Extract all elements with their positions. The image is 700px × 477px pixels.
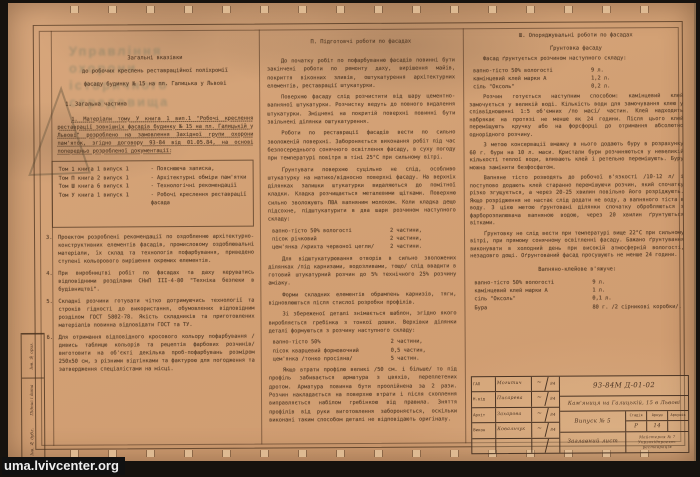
stage-value: 14 — [647, 421, 668, 431]
recipe-amount: 5 частин. — [391, 354, 457, 363]
recipe-ingredient: сіль "Оксоль" — [473, 83, 591, 92]
workshop-name: Майстерня № 7 Укрзахідпроект- реставраці… — [626, 432, 688, 452]
item-number: 3. — [46, 234, 58, 266]
archive-watermark: uma.lvivcenter.org — [2, 457, 125, 475]
document-title-line3: фасаду будинку № 15 на пл. Галицька у Ль… — [57, 78, 253, 92]
title-block: ГАП Могитич ~ 84 Н.від Писарева ~ 84 Арх… — [471, 375, 689, 454]
signature-row: Викон Ковальчук ~ 84 — [472, 423, 559, 439]
paragraph: Роботи по реставрації фасадів вести по с… — [267, 129, 455, 163]
stage-value-row: Р 14 — [626, 421, 688, 431]
signature-autograph: ~ — [530, 423, 549, 438]
stage-value: Р — [626, 421, 647, 431]
document-title-line1: Загальні вказівки — [57, 52, 253, 66]
signature-row: Н.від Писарева ~ 84 — [472, 392, 559, 408]
recipe-amount: 80 г. /2 сірникові коробки/. — [592, 303, 684, 312]
document-title-line2: до робочих креслень реставраційної поліх… — [57, 65, 253, 79]
recipe-list: вапно-тісто 50% 2 частини, пісок кварцев… — [273, 338, 457, 364]
recipe-list: вапно-тісто 50% вологості 2 частини, піс… — [272, 226, 456, 252]
signature-date: 84 — [547, 408, 559, 422]
intro-paragraph: 1. Матеріали тому У книга 1 вип.1 "Робоч… — [57, 115, 253, 156]
left-column: Загальні вказівки до робочих креслень ре… — [57, 52, 255, 378]
subsection-heading-binder: Вапняно-клейове в'яжуче: — [470, 263, 684, 277]
item-number: 5. — [46, 298, 58, 330]
item-text: При виробництві робіт по фасадах та даху… — [58, 269, 254, 294]
recipe-ingredient: цем'янка /тонко просіяна/ — [273, 355, 391, 364]
signature-name: Писарева — [496, 392, 532, 407]
volumes-table: Том 1 книга 1 випуск 1 - Пояснююча запис… — [52, 160, 254, 228]
title-block-main: 93-84М Д-01-02 Кам'яниця на Галицькій, 1… — [560, 376, 688, 453]
middle-column: П. Підготовчі роботи по фасадах До почат… — [267, 35, 457, 427]
object-name: Кам'яниця на Галицькій, 15 в Львові — [560, 396, 688, 412]
item-number: 4. — [46, 270, 58, 294]
stage-table: Стадія Аркуш Аркушів Р 14 — [626, 411, 688, 431]
stage-value — [668, 421, 688, 431]
signature-role: Викон — [472, 423, 496, 438]
signature-row-empty — [472, 438, 559, 453]
signature-autograph: ~ — [530, 408, 549, 423]
recipe-row: цем'янка /крихта червоної цегли/ 2 части… — [272, 243, 456, 252]
sheet-title: Заглавний лист — [560, 432, 626, 452]
item-text: Проектом розроблені рекомендації по оздо… — [58, 233, 254, 266]
signature-date — [547, 438, 559, 452]
stage-header-row: Стадія Аркуш Аркушів — [626, 411, 688, 421]
recipe-list: вапно-тісто 50% вологості 9 л. камінцеви… — [474, 278, 684, 312]
item-text: Складні розчини готувати чітко дотримуюч… — [58, 297, 254, 330]
paragraph: Вапняне тісто розводять до робочої в'язк… — [470, 174, 684, 228]
paragraph: Для відштукатурювання отворів в сильно з… — [268, 254, 456, 288]
recipe-ingredient: Бура — [474, 303, 592, 312]
section-heading-finishing: Ш. Опоряджувальні роботи по фасадах — [469, 29, 683, 43]
signature-role — [472, 439, 496, 454]
stage-header: Аркуш — [647, 411, 668, 420]
drawing-number: 93-84М Д-01-02 — [560, 376, 688, 397]
paragraph: Фасад ґрунтується розчином наступного ск… — [469, 55, 683, 64]
volume-id: Том У книга 1 випуск 1 — [59, 191, 151, 209]
recipe-row: сіль "Оксоль" 0,2 л. — [473, 82, 683, 92]
recipe-ingredient: цем'янка /крихта червоної цегли/ — [272, 243, 390, 252]
signature-name: Ковальчук — [496, 423, 532, 438]
paragraph: Форми складних елементів обрамлень карни… — [268, 290, 456, 308]
paragraph: Якщо втрати профілю великі /50 см. і біл… — [269, 365, 457, 424]
paragraph: Ґрунтовку не слід вести при температурі … — [470, 230, 684, 261]
numbered-item: 4. При виробництві робіт по фасадах та д… — [58, 269, 254, 294]
page-content: Управління охорони історичного середовищ… — [7, 1, 696, 463]
signature-name: Могитич — [496, 377, 532, 392]
scanned-document-page: Управління охорони історичного середовищ… — [8, 3, 696, 461]
stage-header: Аркушів — [668, 411, 688, 420]
signature-role: ГАП — [472, 377, 496, 392]
signature-role: Архіт — [472, 408, 496, 423]
recipe-amount: 0,2 л. — [591, 82, 683, 91]
signature-date: 84 — [547, 423, 559, 437]
side-stamp-cell: Інв. № ориг. — [22, 334, 44, 378]
recipe-list: вапно-тісто 50% вологості 9 л. камінцеви… — [473, 65, 683, 91]
signature-date: 84 — [547, 377, 559, 391]
signature-row: ГАП Могитич ~ 84 — [472, 377, 559, 393]
volume-row: Том У книга 1 випуск 1 - Робочі кресленн… — [59, 190, 249, 208]
paragraph: Ґрунтувати поверхню суцільно не слід, ос… — [268, 165, 456, 224]
side-stamp-cell: Підпис і дата — [22, 378, 44, 422]
side-stamp: Інв. № ориг. Підпис і дата Інв. № дубл. — [21, 333, 46, 465]
signature-role: Н.від — [472, 393, 496, 408]
numbered-item: 6. Для отримання відповідного кросового … — [59, 333, 255, 374]
signature-name — [496, 439, 532, 454]
numbered-item: 5. Складні розчини готувати чітко дотрим… — [58, 297, 254, 330]
signature-date: 84 — [547, 392, 559, 406]
paragraph: З метою консервації вмажку в нього додаю… — [469, 141, 683, 172]
volume-desc: - Робочі креслення реставрації фасада — [151, 190, 249, 208]
subsection-heading-priming: Ґрунтовка фасаду — [469, 42, 683, 56]
signature-autograph: ~ — [530, 377, 549, 392]
section-heading-preparatory: П. Підготовчі роботи по фасадах — [267, 35, 455, 49]
item-number: 6. — [47, 334, 59, 374]
signature-row: Архіт Захарова ~ 84 — [472, 408, 559, 424]
section-heading-general: 1. Загальна частина — [65, 101, 253, 108]
signature-name: Захарова — [496, 408, 532, 423]
signature-autograph — [531, 438, 550, 453]
paragraph: Поверхню фасаду слід розчистити від шару… — [267, 93, 455, 127]
recipe-row: Бура 80 г. /2 сірникові коробки/. — [474, 303, 684, 313]
signature-table: ГАП Могитич ~ 84 Н.від Писарева ~ 84 Арх… — [472, 377, 560, 454]
paragraph: Розчин готується наступним способом: кам… — [469, 93, 683, 139]
issue-number: Випуск № 5 — [560, 411, 626, 431]
numbered-item: 3. Проектом розроблені рекомендації по о… — [58, 233, 254, 266]
item-text: Для отримання відповідного кросового кол… — [59, 333, 255, 374]
paragraph: Зі збереженої деталі знімається шаблон, … — [268, 310, 456, 336]
right-column: Ш. Опоряджувальні роботи по фасадах Ґрун… — [469, 29, 685, 315]
recipe-amount: 2 частини. — [390, 243, 456, 252]
recipe-row: цем'янка /тонко просіяна/ 5 частин. — [273, 354, 457, 363]
stage-header: Стадія — [626, 411, 647, 420]
signature-autograph: ~ — [530, 392, 549, 407]
paragraph: До початку робіт по пофарбуванню фасадів… — [267, 56, 455, 90]
